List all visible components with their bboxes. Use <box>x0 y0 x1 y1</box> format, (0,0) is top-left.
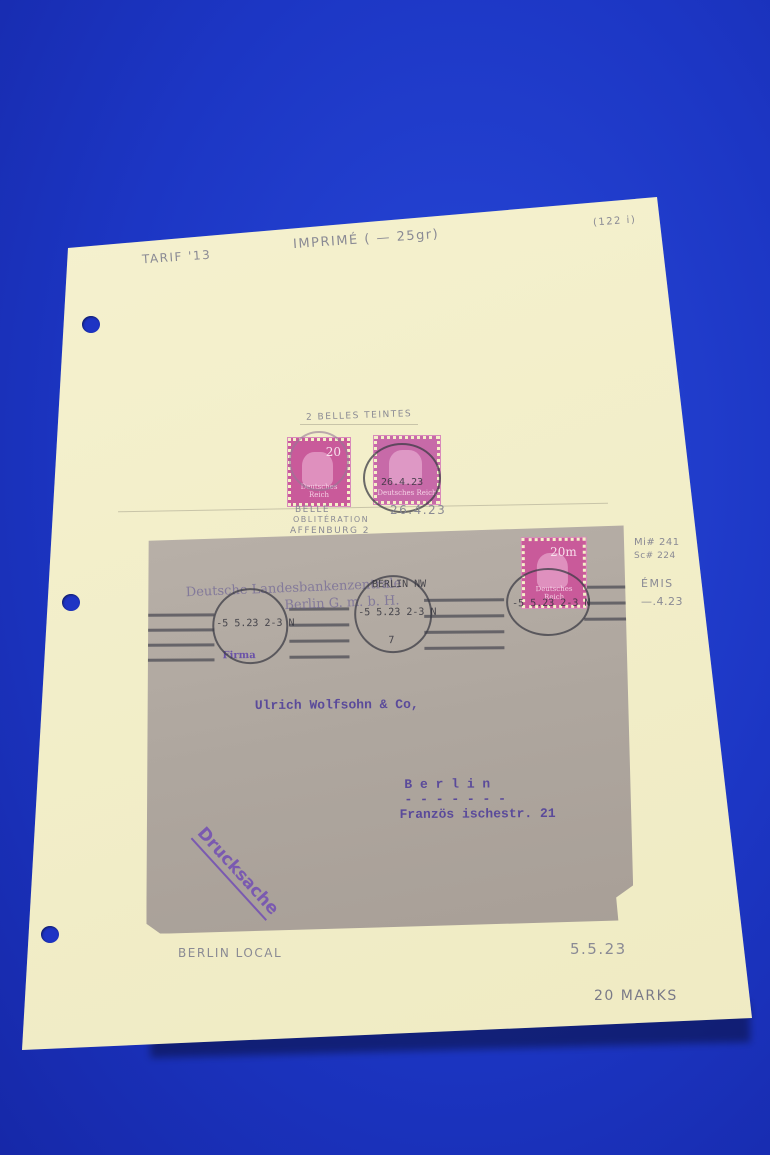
note-rate: 20 MARKS <box>594 988 678 1004</box>
machine-cancel-line <box>584 601 629 604</box>
punch-hole-middle <box>62 594 80 611</box>
stamp-2: Deutsches Reich 26.4.23 <box>374 436 440 504</box>
machine-cancel-line <box>289 639 349 642</box>
machine-cancel-line <box>424 598 504 602</box>
caption-obliteration: OBLITÉRATION <box>293 515 369 524</box>
note-catalog-mi: Mi# 241 <box>634 537 680 548</box>
addressee-city-underline: - - - - - - - <box>404 791 506 807</box>
postmark-3-date: -5 5.23 2-3 N <box>512 598 590 610</box>
stamp-1-postmark <box>289 431 349 491</box>
addressee-city: B e r l i n <box>404 776 490 792</box>
heading-underline <box>300 424 418 425</box>
machine-cancel-line <box>289 655 349 658</box>
cover-stamp-value: 20m <box>550 545 577 559</box>
note-catalog-sc: Sc# 224 <box>634 551 676 561</box>
machine-cancel-line <box>424 646 504 650</box>
postmark-2-city: BERLIN NW <box>372 579 426 590</box>
machine-cancel-line <box>289 623 349 626</box>
stamp-2-postmark-date: 26.4.23 <box>381 477 423 488</box>
machine-cancel-line <box>145 658 215 661</box>
addressee-street: Französ ischestr. 21 <box>400 806 556 822</box>
stamp-1: 20 Deutsches Reich <box>288 438 350 506</box>
drucksache-handstamp: Drucksache <box>191 823 283 921</box>
note-berlin-local: BERLIN LOCAL <box>178 946 282 960</box>
caption-stamp-2-date: 26.4.23 <box>390 503 446 517</box>
note-emis-date: —.4.23 <box>641 595 683 608</box>
postmark-1-date: -5 5.23 2-3 N <box>216 618 294 630</box>
addressee-name: Ulrich Wolfsohn & Co, <box>255 697 419 713</box>
note-usage-date: 5.5.23 <box>570 940 627 958</box>
caption-belle: BELLE <box>295 505 330 515</box>
postmark-2-date: -5 5.23 2-3 N <box>358 607 436 619</box>
punch-hole-top <box>82 316 100 333</box>
note-emis: ÉMIS <box>641 577 674 590</box>
punch-hole-bottom <box>41 926 59 943</box>
postmark-2-district: 7 <box>388 635 394 646</box>
machine-cancel-line <box>584 585 629 588</box>
cover-envelope: Deutsche Landesbankenzentrale Berlin G. … <box>144 525 667 934</box>
machine-cancel-line <box>144 628 214 631</box>
machine-cancel-line <box>144 643 214 646</box>
machine-cancel-line <box>584 617 629 620</box>
machine-cancel-line <box>424 630 504 634</box>
